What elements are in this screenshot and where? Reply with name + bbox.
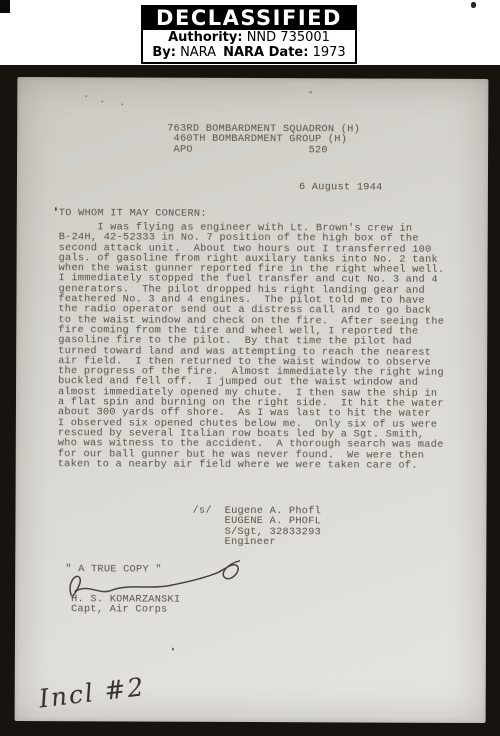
stamp-date-label: NARA Date: [223, 45, 308, 60]
letter-body: I was flying as engineer with Lt. Brown'… [58, 222, 445, 471]
salutation: TO WHOM IT MAY CONCERN: [59, 207, 207, 220]
stamp-by-label: By: [152, 45, 176, 60]
enclosure-note-handwritten: Incl #2 [37, 672, 146, 713]
scan-corner-artifact [0, 0, 10, 13]
certifying-officer-title: Capt, Air Corps [71, 603, 167, 615]
scanned-document-page: DECLASSIFIED Authority: NND 735001 By: N… [0, 0, 500, 736]
unit-letterhead: 763RD BOMBARDMENT SQUADRON (H) 460TH BOM… [167, 124, 360, 156]
stamp-title: DECLASSIFIED [143, 7, 355, 30]
stamp-authority-label: Authority: [168, 30, 242, 45]
paper-speck [309, 91, 312, 93]
stamp-by-line: By: NARANARA Date: 1973 [143, 45, 355, 60]
paper-speck [172, 648, 174, 651]
letter-date: 6 August 1944 [299, 181, 383, 193]
scanner-background: 763RD BOMBARDMENT SQUADRON (H) 460TH BOM… [0, 65, 500, 736]
letter-paper: 763RD BOMBARDMENT SQUADRON (H) 460TH BOM… [15, 77, 489, 723]
paper-speck [55, 207, 57, 211]
paper-speck [121, 103, 123, 105]
stamp-date-value: 1973 [313, 45, 346, 60]
stamp-by-value: NARA [180, 45, 216, 60]
paper-speck [101, 100, 103, 102]
signature-block: /s/ Eugene A. Phofl EUGENE A. PHOFL S/Sg… [192, 506, 321, 548]
scan-speck [471, 2, 476, 8]
declassified-stamp: DECLASSIFIED Authority: NND 735001 By: N… [141, 5, 357, 64]
stamp-authority-value: NND 735001 [247, 30, 330, 45]
signature-stroke [75, 560, 239, 592]
stamp-authority-line: Authority: NND 735001 [143, 30, 355, 45]
paper-speck [85, 95, 87, 97]
